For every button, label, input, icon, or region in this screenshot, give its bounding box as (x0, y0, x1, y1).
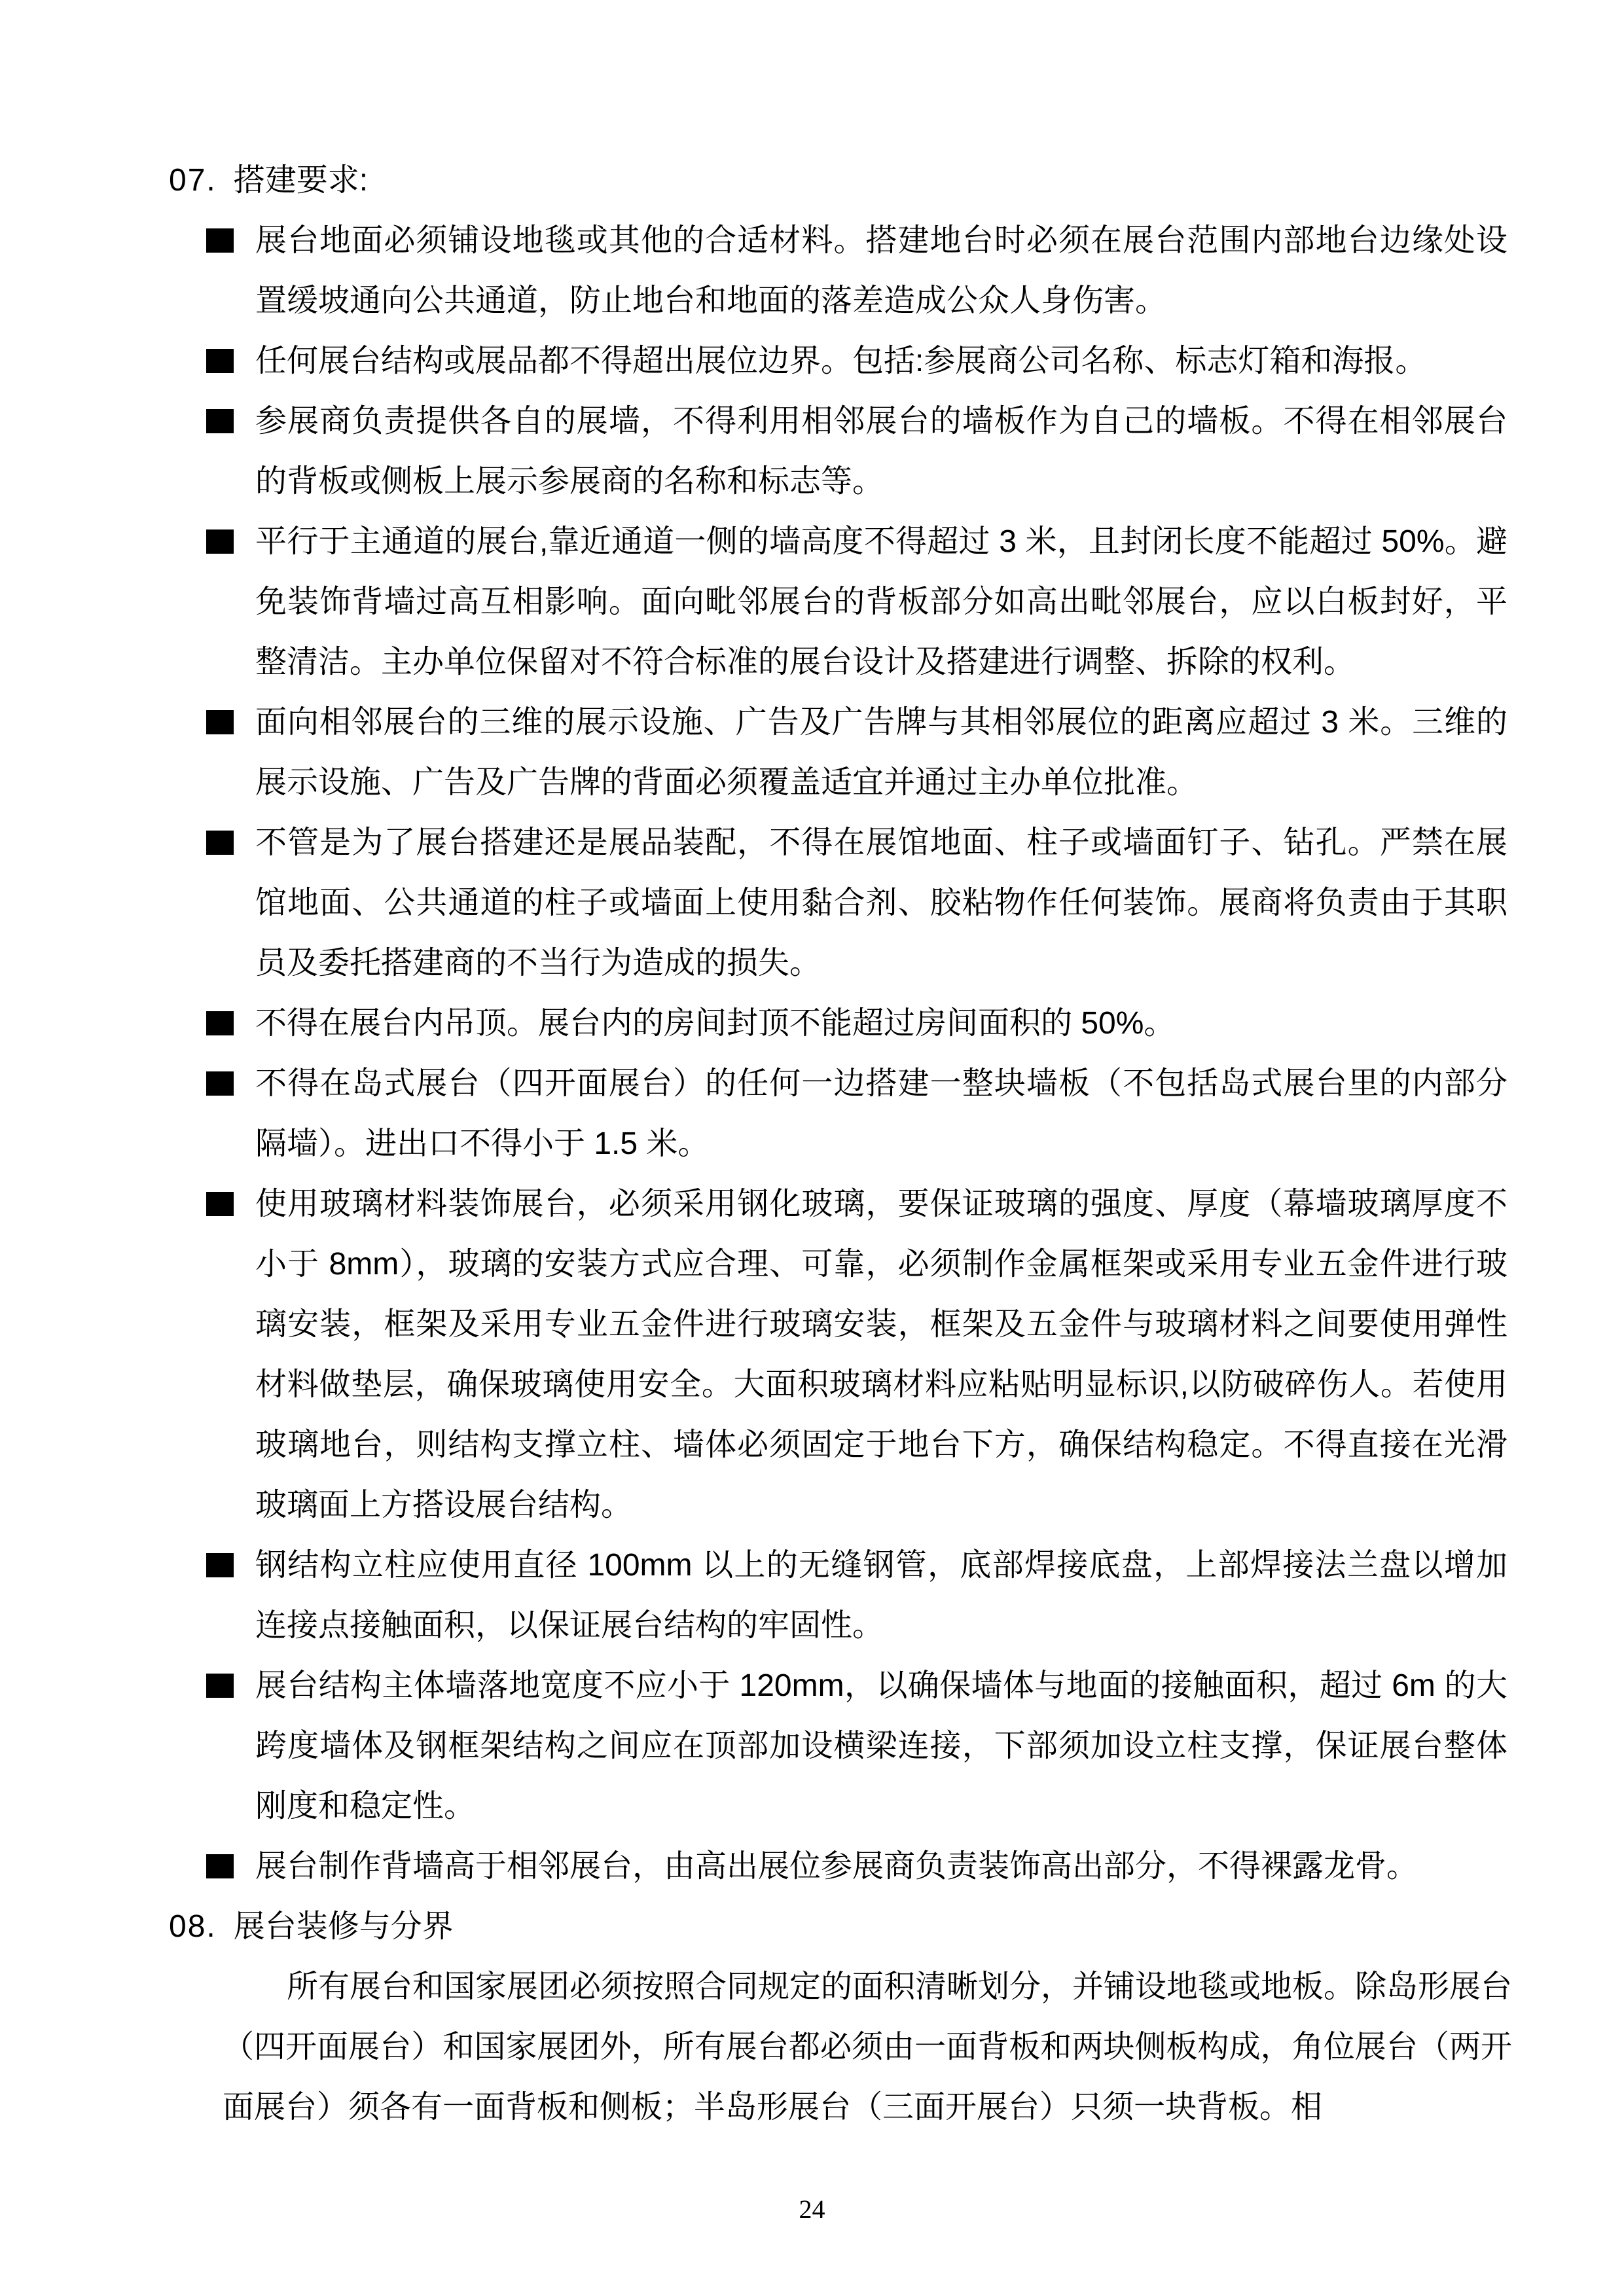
list-item: 任何展台结构或展品都不得超出展位边界。包括:参展商公司名称、标志灯箱和海报。 (255, 331, 1507, 391)
bullet-square-icon (206, 228, 234, 253)
section-heading-08: 08.展台装修与分界 (0, 1897, 1624, 1957)
page-number: 24 (799, 2195, 825, 2224)
bullet-square-icon (206, 1854, 234, 1878)
list-item: 面向相邻展台的三维的展示设施、广告及广告牌与其相邻展位的距离应超过 3 米。三维… (255, 692, 1507, 813)
list-item-text: 展台地面必须铺设地毯或其他的合适材料。搭建地台时必须在展台范围内部地台边缘处设置… (255, 223, 1507, 318)
list-item-text: 不得在展台内吊顶。展台内的房间封顶不能超过房间面积的 50%。 (255, 1006, 1175, 1041)
list-item-text: 参展商负责提供各自的展墙，不得利用相邻展台的墙板作为自己的墙板。不得在相邻展台的… (255, 404, 1507, 499)
bullet-square-icon (206, 831, 234, 855)
section-paragraph: 所有展台和国家展团必须按照合同规定的面积清晰划分，并铺设地毯或地板。除岛形展台（… (223, 1957, 1512, 2138)
list-item: 钢结构立柱应使用直径 100mm 以上的无缝钢管，底部焊接底盘，上部焊接法兰盘以… (255, 1535, 1507, 1656)
list-item: 参展商负责提供各自的展墙，不得利用相邻展台的墙板作为自己的墙板。不得在相邻展台的… (255, 391, 1507, 512)
list-item-text: 面向相邻展台的三维的展示设施、广告及广告牌与其相邻展位的距离应超过 3 米。三维… (255, 705, 1507, 800)
bullet-square-icon (206, 1071, 234, 1096)
list-item: 平行于主通道的展台,靠近通道一侧的墙高度不得超过 3 米，且封闭长度不能超过 5… (255, 512, 1507, 692)
section-heading-07: 07.搭建要求: (0, 151, 1624, 211)
section-title: 展台装修与分界 (234, 1909, 454, 1944)
bullet-square-icon (206, 1674, 234, 1698)
list-item-text: 不得在岛式展台（四开面展台）的任何一边搭建一整块墙板（不包括岛式展台里的内部分隔… (255, 1066, 1507, 1161)
section-title: 搭建要求: (234, 163, 368, 198)
list-item-text: 使用玻璃材料装饰展台，必须采用钢化玻璃，要保证玻璃的强度、厚度（幕墙玻璃厚度不小… (255, 1187, 1507, 1522)
list-item-text: 展台制作背墙高于相邻展台，由高出展位参展商负责装饰高出部分，不得裸露龙骨。 (255, 1849, 1418, 1884)
document-page: 07.搭建要求: 展台地面必须铺设地毯或其他的合适材料。搭建地台时必须在展台范围… (0, 0, 1624, 2296)
list-item: 不得在岛式展台（四开面展台）的任何一边搭建一整块墙板（不包括岛式展台里的内部分隔… (255, 1054, 1507, 1174)
section-number: 08. (169, 1909, 217, 1944)
bullet-square-icon (206, 1553, 234, 1577)
bullet-square-icon (206, 349, 234, 373)
list-item: 使用玻璃材料装饰展台，必须采用钢化玻璃，要保证玻璃的强度、厚度（幕墙玻璃厚度不小… (255, 1174, 1507, 1535)
bullet-square-icon (206, 710, 234, 734)
list-item: 不管是为了展台搭建还是展品装配，不得在展馆地面、柱子或墙面钉子、钻孔。严禁在展馆… (255, 813, 1507, 994)
bullet-square-icon (206, 529, 234, 554)
list-item-text: 展台结构主体墙落地宽度不应小于 120mm，以确保墙体与地面的接触面积，超过 6… (255, 1668, 1507, 1823)
requirements-list: 展台地面必须铺设地毯或其他的合适材料。搭建地台时必须在展台范围内部地台边缘处设置… (0, 211, 1624, 1897)
list-item: 展台结构主体墙落地宽度不应小于 120mm，以确保墙体与地面的接触面积，超过 6… (255, 1656, 1507, 1837)
list-item-text: 钢结构立柱应使用直径 100mm 以上的无缝钢管，底部焊接底盘，上部焊接法兰盘以… (255, 1548, 1507, 1643)
list-item-text: 不管是为了展台搭建还是展品装配，不得在展馆地面、柱子或墙面钉子、钻孔。严禁在展馆… (255, 825, 1507, 980)
list-item: 展台制作背墙高于相邻展台，由高出展位参展商负责装饰高出部分，不得裸露龙骨。 (255, 1837, 1507, 1897)
list-item-text: 平行于主通道的展台,靠近通道一侧的墙高度不得超过 3 米，且封闭长度不能超过 5… (255, 524, 1507, 679)
page-footer: 24 (0, 2194, 1624, 2225)
bullet-square-icon (206, 409, 234, 433)
section-number: 07. (169, 163, 217, 198)
list-item-text: 任何展台结构或展品都不得超出展位边界。包括:参展商公司名称、标志灯箱和海报。 (255, 344, 1426, 378)
page-content: 07.搭建要求: 展台地面必须铺设地毯或其他的合适材料。搭建地台时必须在展台范围… (0, 0, 1624, 2138)
bullet-square-icon (206, 1011, 234, 1035)
list-item: 展台地面必须铺设地毯或其他的合适材料。搭建地台时必须在展台范围内部地台边缘处设置… (255, 211, 1507, 331)
list-item: 不得在展台内吊顶。展台内的房间封顶不能超过房间面积的 50%。 (255, 994, 1507, 1054)
bullet-square-icon (206, 1192, 234, 1216)
